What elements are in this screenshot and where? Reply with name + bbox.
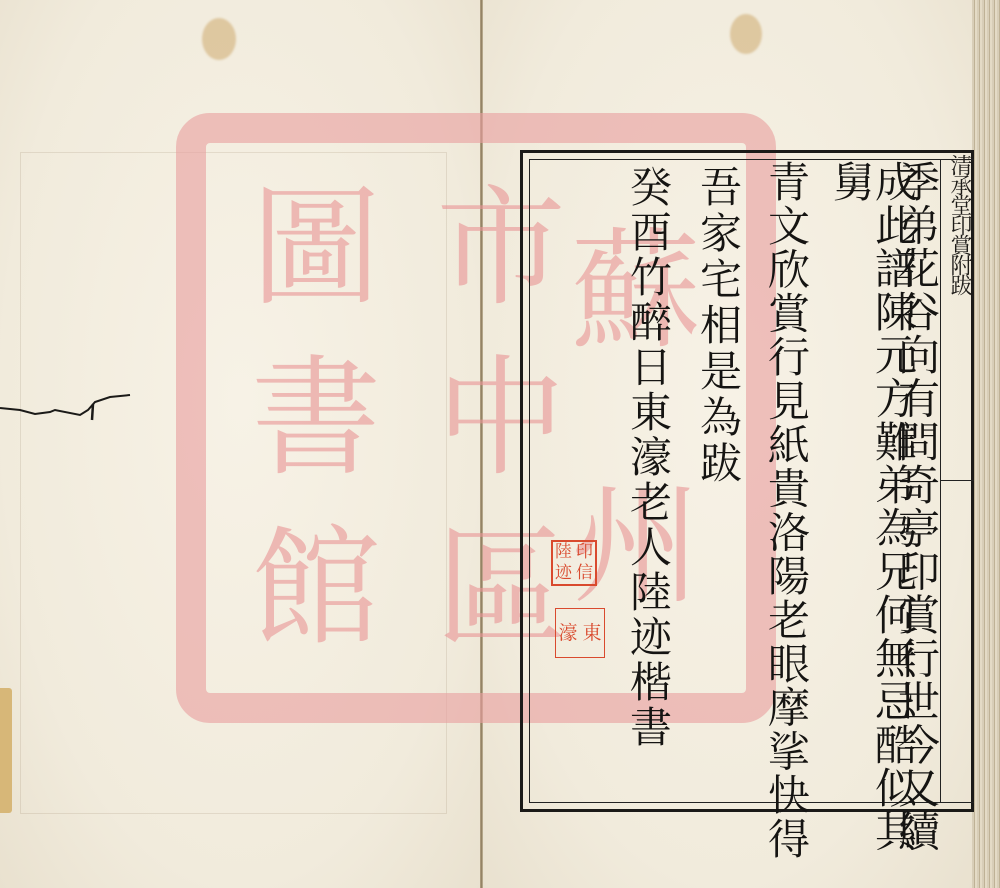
seal-char: 東 (580, 624, 604, 643)
colophon-column: 癸酉竹醉日東濠老人陸迹楷書 (627, 165, 669, 750)
fore-edge-margin: 清承堂印賞附跋 (940, 150, 974, 812)
seal-char: 圖 (251, 183, 381, 313)
seal-char: 陸 (553, 544, 574, 561)
artist-seal-outline: 濠 東 (555, 608, 605, 658)
seal-column-3: 圖 書 館 (236, 163, 396, 673)
stain-right (730, 14, 762, 54)
seal-char: 館 (251, 523, 381, 653)
seal-char: 印 (574, 544, 595, 561)
text-column-2: 成此譜陳元方難弟為兄何無忌酷似其舅 (830, 160, 914, 888)
seal-char: 信 (574, 565, 595, 582)
book-spread: 蘇 州 市 中 區 圖 書 館 清承堂印賞附跋 季弟花谷向有問奇亭印賞行世今又續… (0, 0, 1000, 888)
text-column-4: 吾家宅相是為跋 (697, 165, 739, 487)
seal-char: 濠 (556, 624, 580, 643)
text-column-3: 青文欣賞行見紙貴洛陽老眼摩挲快得 (765, 160, 807, 861)
left-edge-tab (0, 688, 12, 813)
paper-crack (0, 388, 140, 428)
stain-left (202, 18, 236, 60)
page-edges (972, 0, 1000, 888)
seal-char: 書 (251, 353, 381, 483)
seal-char: 迹 (553, 565, 574, 582)
margin-tick (940, 480, 974, 481)
artist-seal-square: 陸 印 迹 信 (551, 540, 597, 586)
margin-title: 清承堂印賞附跋 (944, 154, 975, 294)
